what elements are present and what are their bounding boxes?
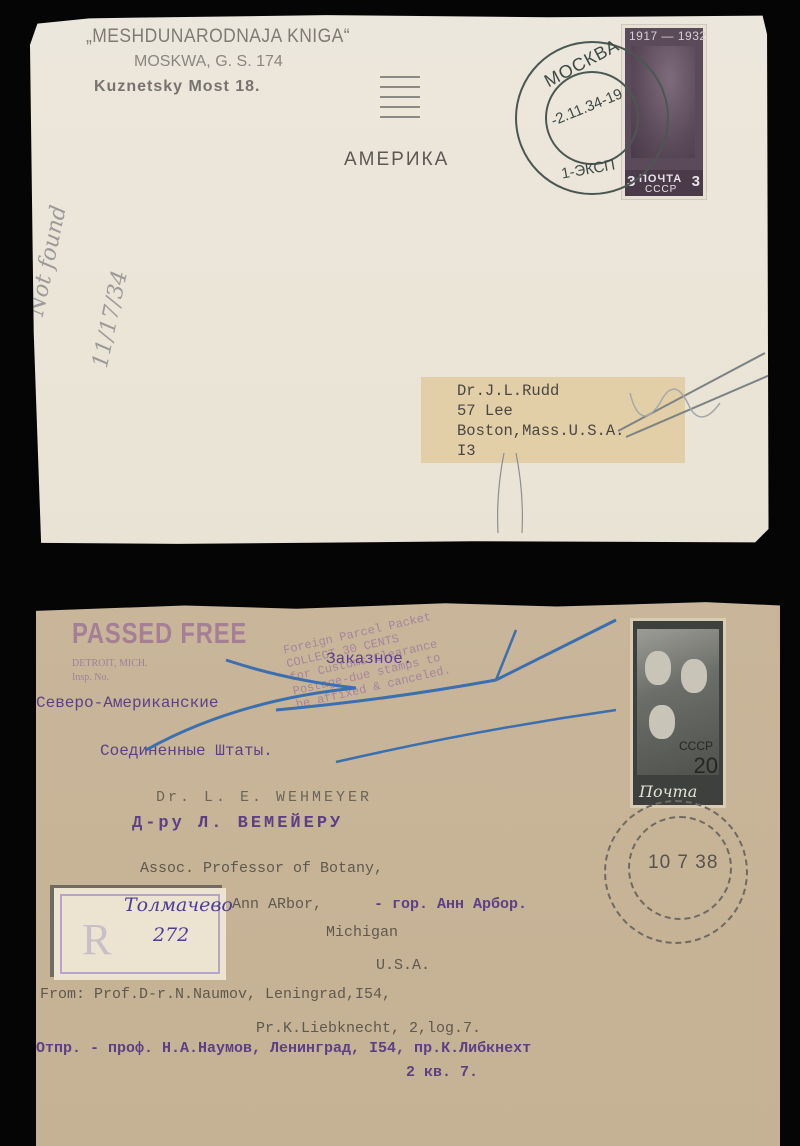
sender-ru-line2: 2 кв. 7. [406, 1064, 478, 1081]
address-label: Dr.J.L.Rudd 57 Lee Boston,Mass.U.S.A. I3 [421, 377, 685, 463]
country-ru-line2: Соединенные Штаты. [100, 742, 273, 760]
top-cover: „MESHDUNARODNAJA KNIGA“ MOSKWA, G. S. 17… [30, 13, 770, 545]
registration-label: R Толмачево 272 [54, 888, 226, 980]
destination-stamp: АМЕРИКА [344, 149, 449, 171]
sender-stamp-line3: Kuznetsky Most 18. [94, 78, 260, 96]
postmark-office: 1-ЭКСП [560, 156, 616, 182]
postage-stamp: СССР 20 Почта [630, 618, 726, 808]
recipient-en: Dr. L. E. WEHMEYER [156, 789, 372, 806]
sender-en-line1: From: Prof.D-r.N.Naumov, Leningrad,I54, [40, 986, 391, 1003]
country-en: U.S.A. [376, 957, 430, 974]
city-en: Ann ARbor, [232, 896, 322, 913]
address-line: Boston,Mass.U.S.A. [457, 421, 624, 441]
stamp-value: 20 [694, 753, 718, 779]
censor-stamp-line2: Insp. No. [72, 672, 109, 683]
recipient-ru: Д-ру Л. ВЕМЕЙЕРУ [132, 814, 343, 833]
country-ru-line1: Северо-Американские [36, 694, 218, 712]
stamp-years: 1917 — 1932 [629, 29, 707, 43]
address-line: Dr.J.L.Rudd [457, 381, 624, 401]
pencil-note: Not found [24, 203, 72, 318]
recipient-title: Assoc. Professor of Botany, [140, 860, 383, 877]
state: Michigan [326, 924, 398, 941]
address-line: 57 Lee [457, 401, 624, 421]
sender-en-line2: Pr.K.Liebknecht, 2,log.7. [256, 1020, 481, 1037]
postmark: МОСКВА -2.11.34-19 1-ЭКСП [515, 41, 669, 195]
bottom-cover: PASSED FREE DETROIT, MICH. Insp. No. For… [36, 600, 780, 1146]
sender-ru-line1: Отпр. - проф. Н.А.Наумов, Ленинград, I54… [36, 1040, 531, 1057]
registration-number: 272 [153, 924, 189, 946]
postmark: 10 7 38 [604, 800, 748, 944]
censor-stamp-line1: DETROIT, MICH. [72, 658, 148, 669]
sender-stamp-line2: MOSKWA, G. S. 174 [134, 53, 283, 71]
censor-stamp-title: PASSED FREE [72, 618, 247, 651]
sender-stamp-line1: „MESHDUNARODNAJA KNIGA“ [86, 26, 350, 48]
city-ru: - гор. Анн Арбор. [374, 896, 527, 913]
pencil-date: 11/17/34 [88, 268, 133, 370]
address-line: I3 [457, 441, 624, 461]
registration-place: Толмачево [124, 894, 233, 916]
stamp-label: Почта [639, 782, 697, 801]
stamp-country: СССР [645, 184, 677, 195]
registration-letter: R [82, 914, 111, 965]
postmark-date: 10 7 38 [648, 852, 718, 874]
registered-text: Заказное. [326, 650, 412, 668]
stamp-country: СССР [679, 739, 713, 753]
machine-cancel-lines [380, 68, 440, 126]
stamp-value-right: 3 [692, 173, 700, 190]
